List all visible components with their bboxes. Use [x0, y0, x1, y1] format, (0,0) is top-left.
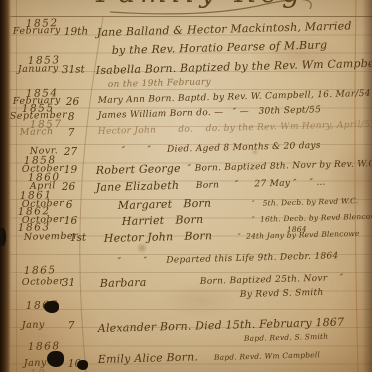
entry-day: 19th [64, 25, 89, 38]
entry-text: Harriet Born [122, 213, 204, 228]
entry-text: Margaret Born [118, 197, 212, 212]
entry-month: March [20, 126, 54, 138]
page-edge-shadow [362, 0, 372, 372]
ink-blot [0, 228, 6, 246]
title-flourish [110, 0, 311, 14]
entry-day: 26 [66, 96, 80, 108]
ink-blot [77, 360, 88, 370]
entry-month: January [18, 63, 59, 75]
entry-year: 1865 [24, 264, 57, 277]
register-page: Family Reg 1852February19thJane Balland … [0, 0, 372, 372]
entry-month: October [22, 276, 65, 288]
book-binding-edge [0, 0, 12, 372]
entry-day: 7 [68, 320, 75, 332]
entry-day: 27 [64, 146, 78, 158]
entry-month: Jany [22, 319, 45, 331]
entry-day: 31 [62, 277, 76, 289]
entry-day: 7 [68, 127, 75, 139]
entry-day: 16 [64, 215, 78, 227]
entry-text: Barbara [100, 276, 147, 290]
entry-year: 18 [30, 368, 47, 372]
entry-day: 31st [62, 63, 85, 76]
entry-day: 1st [70, 232, 87, 244]
entry-day: 8 [68, 111, 75, 123]
entry-day: 6 [66, 199, 73, 211]
entry-text: Emily Alice Born. [98, 350, 199, 366]
entry-day: 19 [64, 164, 78, 176]
entry-text: Robert George [96, 162, 181, 177]
entry-text: Jane Elizabeth [96, 179, 180, 194]
page-crease-line [16, 0, 17, 372]
ink-blot [44, 301, 59, 313]
entry-month: February [13, 25, 61, 37]
ink-blot [47, 351, 64, 367]
entry-day: 26 [62, 181, 76, 193]
